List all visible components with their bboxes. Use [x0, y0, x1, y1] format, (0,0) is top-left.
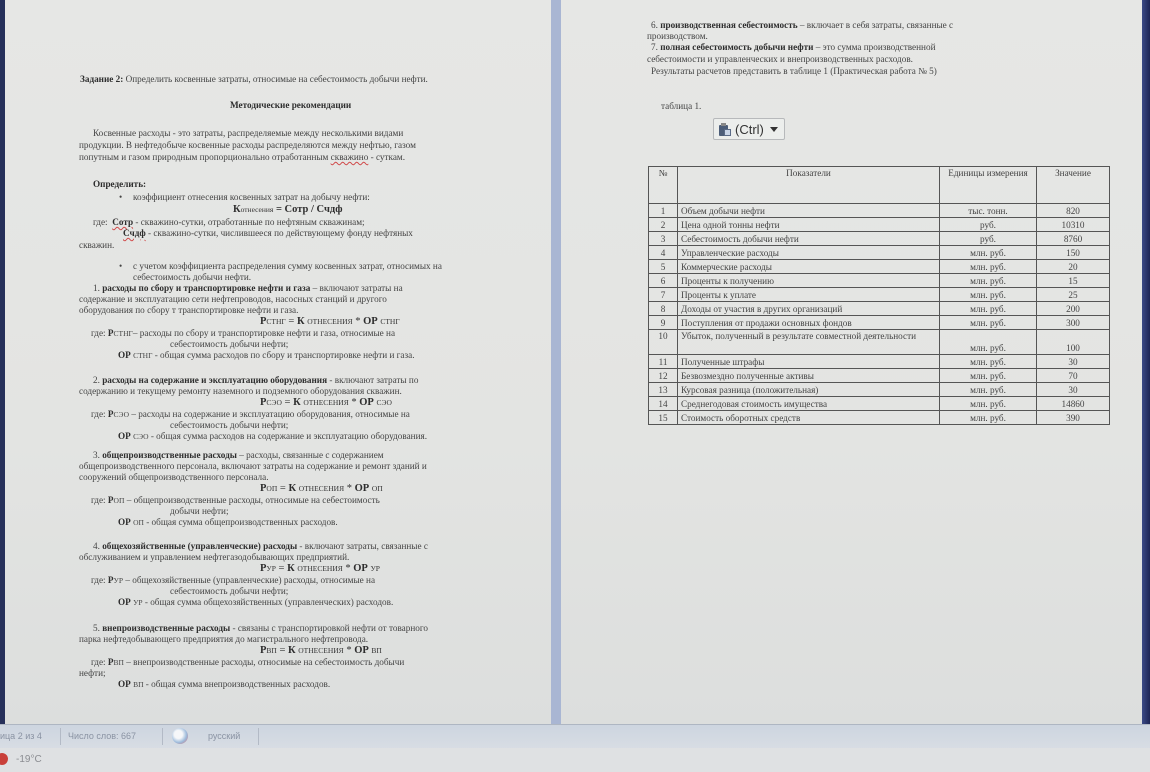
row-unit[interactable]: млн. руб. [940, 397, 1037, 411]
table-row: 4Управленческие расходымлн. руб.150 [649, 246, 1110, 260]
status-separator [162, 728, 163, 745]
row-indicator[interactable]: Коммерческие расходы [678, 260, 940, 274]
temperature[interactable]: -19°C [16, 754, 42, 765]
row-number[interactable]: 8 [649, 302, 678, 316]
cost-item-formula: РСЭО = К ОТНЕСЕНИЯ * ОР СЭО [260, 397, 392, 408]
table-caption: таблица 1. [661, 101, 701, 112]
determine-label: Определить: [93, 179, 146, 190]
status-separator [258, 728, 259, 745]
row-value[interactable]: 30 [1037, 383, 1110, 397]
row-indicator[interactable]: Цена одной тонны нефти [678, 218, 940, 232]
data-table: № Показатели Единицы измерения Значение … [648, 166, 1110, 425]
row-indicator[interactable]: Управленческие расходы [678, 246, 940, 260]
row-number[interactable]: 10 [649, 330, 678, 355]
item-7-desc: – это сумма производственной [813, 42, 935, 52]
cost-item-where: где: РСЭО – расходы на содержание и эксп… [91, 409, 410, 420]
row-value[interactable]: 20 [1037, 260, 1110, 274]
taskbar: -19°C [0, 748, 1150, 772]
row-unit[interactable]: руб. [940, 218, 1037, 232]
cost-item-where: где: РВП – внепроизводственные расходы, … [91, 657, 404, 668]
table-row: 11Полученные штрафымлн. руб.30 [649, 355, 1110, 369]
table-header-row: № Показатели Единицы измерения Значение [649, 167, 1110, 204]
row-unit[interactable]: млн. руб. [940, 383, 1037, 397]
item-6-line: 6. производственная себестоимость – вклю… [651, 20, 953, 31]
row-unit[interactable]: млн. руб. [940, 246, 1037, 260]
row-indicator[interactable]: Стоимость оборотных средств [678, 411, 940, 425]
item-6-desc: – включает в себя затраты, связанные с [798, 20, 954, 30]
row-indicator[interactable]: Поступления от продажи основных фондов [678, 316, 940, 330]
table-row: 7Проценты к уплатемлн. руб.25 [649, 288, 1110, 302]
k-letter: К [233, 204, 241, 215]
row-indicator[interactable]: Себестоимость добычи нефти [678, 232, 940, 246]
row-value[interactable]: 70 [1037, 369, 1110, 383]
formula-k: Котнесения = Сотр / Счдф [233, 204, 342, 215]
cost-item-formula: РОП = К ОТНЕСЕНИЯ * ОР ОП [260, 483, 383, 494]
k-subscript: отнесения [241, 205, 274, 214]
row-number[interactable]: 13 [649, 383, 678, 397]
cost-item-where-cont: себестоимость добычи нефти; [170, 339, 288, 350]
where-prefix: где: [93, 217, 108, 227]
item-6-title: производственная себестоимость [660, 20, 797, 30]
table-row: 14Среднегодовая стоимость имуществамлн. … [649, 397, 1110, 411]
row-number[interactable]: 12 [649, 369, 678, 383]
status-bar: ица 2 из 4 Число слов: 667 русский [0, 724, 1150, 749]
row-unit[interactable]: млн. руб. [940, 274, 1037, 288]
row-value[interactable]: 25 [1037, 288, 1110, 302]
col-header-value: Значение [1037, 167, 1110, 204]
row-unit[interactable]: млн. руб. [940, 369, 1037, 383]
row-indicator[interactable]: Курсовая разница (положительная) [678, 383, 940, 397]
row-number[interactable]: 4 [649, 246, 678, 260]
table-row: 2Цена одной тонны нефтируб.10310 [649, 218, 1110, 232]
item-7-cont: себестоимости и управленческих и внепрои… [647, 54, 913, 65]
cost-item-desc: содержание и эксплуатацию сети нефтепров… [79, 294, 387, 305]
page-counter[interactable]: ица 2 из 4 [0, 731, 42, 741]
task-line: Задание 2: Определить косвенные затраты,… [80, 74, 428, 85]
where-sotr: где: Сотр - скважино-сутки, отработанные… [93, 217, 365, 228]
cost-item-op: ОР УР - общая сумма общехозяйственных (у… [118, 597, 393, 608]
row-value[interactable]: 30 [1037, 355, 1110, 369]
cost-item-op: ОР СТНГ - общая сумма расходов по сбору … [118, 350, 415, 361]
item-6-num: 6. [651, 20, 658, 30]
table-row: 5Коммерческие расходымлн. руб.20 [649, 260, 1110, 274]
cost-item-formula: РВП = К ОТНЕСЕНИЯ * ОР ВП [260, 645, 382, 656]
col-header-unit: Единицы измерения [940, 167, 1037, 204]
row-unit[interactable]: млн. руб. [940, 355, 1037, 369]
item-7-line: 7. полная себестоимость добычи нефти – э… [651, 42, 935, 53]
cost-item-desc: сооружений общепроизводственного персона… [79, 472, 269, 483]
row-indicator[interactable]: Проценты к уплате [678, 288, 940, 302]
row-number[interactable]: 7 [649, 288, 678, 302]
paste-options-label: (Ctrl) [735, 122, 764, 137]
term-sotr: Сотр [112, 217, 133, 227]
page-gap [551, 0, 561, 735]
table-row: 10Убыток, полученный в результате совмес… [649, 330, 1110, 355]
row-number[interactable]: 5 [649, 260, 678, 274]
cost-item-where-cont: добычи нефти; [170, 506, 229, 517]
intro-text: попутным и газом природным пропорциональ… [79, 152, 331, 162]
cost-item-title: 1. расходы по сбору и транспортировке не… [93, 283, 403, 294]
bullet-coefficient: коэффициент отнесения косвенных затрат н… [133, 192, 370, 203]
table-row: 6Проценты к получениюмлн. руб.15 [649, 274, 1110, 288]
table-row: 15 Стоимость оборотных средствмлн. руб.3… [649, 411, 1110, 425]
table-row: 9Поступления от продажи основных фондовм… [649, 316, 1110, 330]
task-text: Определить косвенные затраты, относимые … [123, 74, 428, 84]
bullet-distribution-1: с учетом коэффициента распределения сумм… [133, 261, 442, 272]
row-unit[interactable]: млн. руб. [940, 330, 1037, 355]
row-unit[interactable]: млн. руб. [940, 288, 1037, 302]
row-indicator[interactable]: Полученные штрафы [678, 355, 940, 369]
item-7-num: 7. [651, 42, 658, 52]
section-heading: Методические рекомендации [230, 100, 351, 111]
dropdown-arrow-icon [770, 127, 778, 132]
row-unit[interactable]: млн. руб. [940, 316, 1037, 330]
row-number[interactable]: 1 [649, 204, 678, 218]
where-sotr-text: - скважино-сутки, отработанные по нефтян… [133, 217, 365, 227]
row-number[interactable]: 6 [649, 274, 678, 288]
row-value[interactable]: 390 [1037, 411, 1110, 425]
cost-item-title: 3. общепроизводственные расходы – расход… [93, 450, 384, 461]
weather-alert-icon[interactable] [0, 753, 8, 765]
row-unit[interactable]: млн. руб. [940, 260, 1037, 274]
cost-item-op: ОР СЭО - общая сумма расходов на содержа… [118, 431, 427, 442]
clipboard-paste-icon [719, 123, 731, 136]
row-value[interactable]: 820 [1037, 204, 1110, 218]
spellcheck-icon[interactable] [172, 728, 188, 744]
item-6-cont: производством. [647, 31, 708, 42]
cost-item-desc: обслуживанием и управлением нефтегазодоб… [79, 552, 349, 563]
document-page-2[interactable]: Задание 2: Определить косвенные затраты,… [5, 0, 551, 734]
row-value[interactable]: 150 [1037, 246, 1110, 260]
bullet-distribution-2: себестоимость добычи нефти. [133, 272, 251, 283]
table-row: 8Доходы от участия в других организацийм… [649, 302, 1110, 316]
cost-item-title: 4. общехозяйственные (управленческие) ра… [93, 541, 428, 552]
col-header-indicator: Показатели [678, 167, 940, 204]
spelling-error-word[interactable]: скважино [331, 152, 369, 162]
intro-line-3: попутным и газом природным пропорциональ… [79, 152, 405, 163]
row-unit[interactable]: млн. руб. [940, 302, 1037, 316]
cost-item-desc: оборудования по сбору т транспортировке … [79, 305, 298, 316]
row-value[interactable]: 10310 [1037, 218, 1110, 232]
row-unit[interactable]: тыс. тонн. [940, 204, 1037, 218]
k-rhs: = Сотр / Счдф [273, 204, 342, 215]
paste-options-button[interactable]: (Ctrl) [713, 118, 785, 140]
row-number[interactable]: 3 [649, 232, 678, 246]
intro-end: - суткам. [368, 152, 405, 162]
intro-line-2: продукции. В нефтедобыче косвенные расхо… [79, 140, 416, 151]
language-indicator[interactable]: русский [208, 731, 240, 741]
cost-item-where: где: РОП – общепроизводственные расходы,… [91, 495, 380, 506]
window-edge-right [1142, 0, 1150, 740]
status-separator [60, 728, 61, 745]
where-schdf-text: - скважино-сутки, числившееся по действу… [146, 228, 413, 238]
table-row: 3Себестоимость добычи нефтируб.8760 [649, 232, 1110, 246]
cost-item-title: 5. внепроизводственные расходы - связаны… [93, 623, 428, 634]
table-row: 13 Курсовая разница (положительная)млн. … [649, 383, 1110, 397]
row-indicator[interactable]: Доходы от участия в других организаций [678, 302, 940, 316]
row-value[interactable]: 100 [1037, 330, 1110, 355]
row-unit[interactable]: млн. руб. [940, 411, 1037, 425]
results-text: Результаты расчетов представить в таблиц… [651, 66, 937, 77]
col-header-no: № [649, 167, 678, 204]
cost-item-title: 2. расходы на содержание и эксплуатацию … [93, 375, 418, 386]
row-number[interactable]: 11 [649, 355, 678, 369]
row-number[interactable]: 15 [649, 411, 678, 425]
row-indicator[interactable]: Среднегодовая стоимость имущества [678, 397, 940, 411]
table-row: 1Объем добычи нефтитыс. тонн.820 [649, 204, 1110, 218]
row-value[interactable]: 200 [1037, 302, 1110, 316]
row-indicator[interactable]: Безвозмездно полученные активы [678, 369, 940, 383]
row-number[interactable]: 9 [649, 316, 678, 330]
cost-item-op: ОР ОП - общая сумма общепроизводственных… [118, 517, 338, 528]
cost-item-desc: содержанию и текущему ремонту наземного … [79, 386, 402, 397]
row-number[interactable]: 2 [649, 218, 678, 232]
intro-line-1: Косвенные расходы - это затраты, распред… [93, 128, 403, 139]
cost-item-where-cont: себестоимость добычи нефти; [170, 586, 288, 597]
cost-item-desc: парка нефтедобывающего предприятия до ма… [79, 634, 368, 645]
row-indicator[interactable]: Проценты к получению [678, 274, 940, 288]
cost-item-where: где: РСТНГ– расходы по сбору и транспорт… [91, 328, 395, 339]
item-7-title: полная себестоимость добычи нефти [660, 42, 813, 52]
cost-item-where-cont: нефти; [79, 668, 106, 679]
row-indicator[interactable]: Объем добычи нефти [678, 204, 940, 218]
cost-item-where: где: РУР – общехозяйственные (управленче… [91, 575, 375, 586]
row-unit[interactable]: руб. [940, 232, 1037, 246]
row-indicator[interactable]: Убыток, полученный в результате совместн… [678, 330, 940, 355]
task-label: Задание 2: [80, 74, 123, 84]
cost-item-formula: РУР = К ОТНЕСЕНИЯ * ОР УР [260, 563, 380, 574]
row-value[interactable]: 15 [1037, 274, 1110, 288]
row-value[interactable]: 8760 [1037, 232, 1110, 246]
where-schdf: Счдф - скважино-сутки, числившееся по де… [123, 228, 413, 239]
row-value[interactable]: 14860 [1037, 397, 1110, 411]
cost-item-where-cont: себестоимость добычи нефти; [170, 420, 288, 431]
cost-item-formula: РСТНГ = К ОТНЕСЕНИЯ * ОР СТНГ [260, 316, 400, 327]
term-schdf: Счдф [123, 228, 146, 238]
row-value[interactable]: 300 [1037, 316, 1110, 330]
table-row: 12Безвозмездно полученные активымлн. руб… [649, 369, 1110, 383]
word-count[interactable]: Число слов: 667 [68, 731, 136, 741]
where-schdf-cont: скважин. [79, 240, 114, 251]
cost-item-op: ОР ВП - общая сумма внепроизводственных … [118, 679, 330, 690]
cost-item-desc: общепроизводственного персонала, включаю… [79, 461, 427, 472]
row-number[interactable]: 14 [649, 397, 678, 411]
